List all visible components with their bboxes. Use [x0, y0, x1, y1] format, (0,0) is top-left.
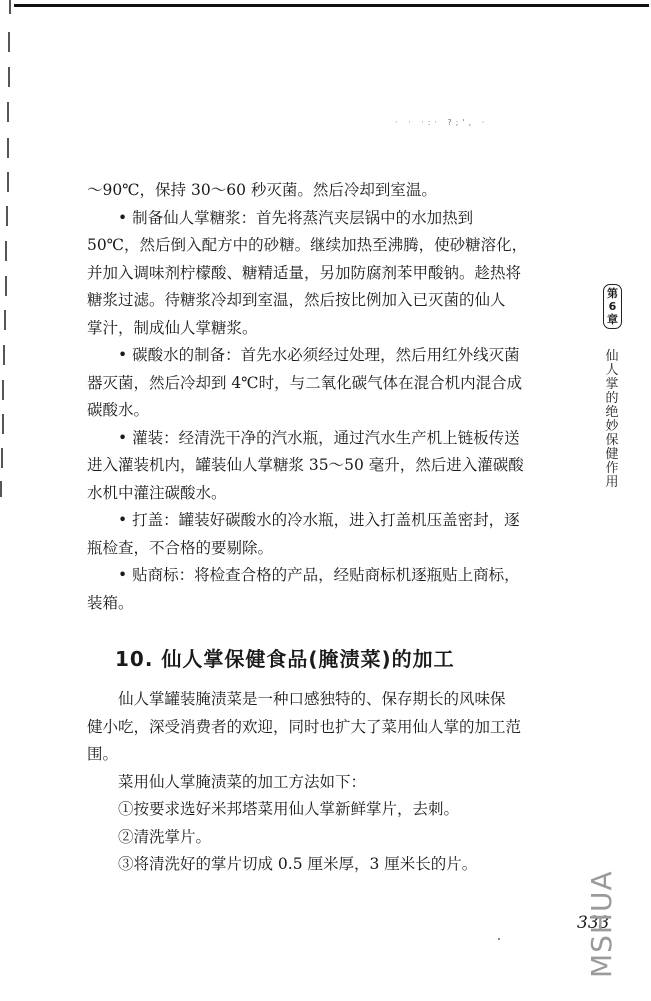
- text-line: 健小吃，深受消费者的欢迎，同时也扩大了菜用仙人掌的加工范: [87, 714, 565, 742]
- title-char: 保: [605, 434, 618, 448]
- binding-mark: [5, 276, 7, 296]
- binding-mark: [6, 206, 8, 226]
- text-line: 糖浆过滤。待糖浆冷却到室温，然后按比例加入已灭菌的仙人: [87, 287, 565, 315]
- chapter-char: 章: [607, 313, 618, 326]
- title-char: 用: [605, 476, 618, 490]
- binding-mark: [2, 380, 4, 400]
- binding-mark: [1, 448, 3, 468]
- text-line: 装箱。: [87, 590, 565, 618]
- text-line: 50℃，然后倒入配方中的砂糖。继续加热至沸腾，使砂糖溶化，: [87, 232, 565, 260]
- chapter-char: 第: [607, 287, 618, 300]
- bullet-line: • 灌装：经清洗干净的汽水瓶，通过汽水生产机上链板传送: [87, 425, 565, 453]
- title-char: 仙: [605, 350, 618, 364]
- title-char: 作: [605, 462, 618, 476]
- binding-mark: [2, 414, 4, 434]
- chapter-title-vertical: 仙 人 掌 的 绝 妙 保 健 作 用: [604, 350, 620, 490]
- step-line: ①按要求选好米邦塔菜用仙人掌新鲜掌片，去刺。: [87, 796, 565, 824]
- binding-mark: [3, 345, 5, 365]
- step-line: ②清洗掌片。: [87, 824, 565, 852]
- title-char: 妙: [605, 420, 618, 434]
- text-line: 仙人掌罐装腌渍菜是一种口感独特的、保存期长的风味保: [87, 686, 565, 714]
- body-text-bottom: 仙人掌罐装腌渍菜是一种口感独特的、保存期长的风味保 健小吃，深受消费者的欢迎，同…: [87, 686, 565, 879]
- header-rule: [14, 4, 649, 7]
- binding-mark: [8, 67, 10, 87]
- text-line: 碳酸水。: [87, 397, 565, 425]
- binding-mark: [4, 310, 6, 330]
- text-line: 菜用仙人掌腌渍菜的加工方法如下：: [87, 769, 565, 797]
- title-char: 健: [605, 448, 618, 462]
- chapter-tab: 第 6 章: [603, 284, 622, 329]
- text-line: 瓶检查，不合格的要剔除。: [87, 535, 565, 563]
- text-line: 掌汁，制成仙人掌糖浆。: [87, 315, 565, 343]
- binding-mark: [7, 172, 9, 192]
- binding-mark: [7, 102, 9, 122]
- scan-noise: [498, 938, 500, 940]
- binding-mark: [0, 481, 2, 497]
- scan-noise: · · ·:· ?;', ·: [395, 118, 488, 127]
- text-line: 并加入调味剂柠檬酸、糖精适量，另加防腐剂苯甲酸钠。趁热将: [87, 260, 565, 288]
- step-line: ③将清洗好的掌片切成 0.5 厘米厚，3 厘米长的片。: [87, 851, 565, 879]
- binding-mark: [5, 241, 7, 261]
- text-line: 水机中灌注碳酸水。: [87, 480, 565, 508]
- section-heading: 10. 仙人掌保健食品(腌渍菜)的加工: [115, 643, 455, 672]
- binding-mark: [9, 0, 11, 14]
- watermark: MSHUA: [585, 870, 618, 978]
- title-char: 的: [605, 392, 618, 406]
- title-char: 人: [605, 364, 618, 378]
- text-line: 进入灌装机内，罐装仙人掌糖浆 35～50 毫升，然后进入灌碳酸: [87, 452, 565, 480]
- text-line: 器灭菌，然后冷却到 4℃时，与二氧化碳气体在混合机内混合成: [87, 370, 565, 398]
- title-char: 绝: [605, 406, 618, 420]
- body-text-top: ～90℃，保持 30～60 秒灭菌。然后冷却到室温。 • 制备仙人掌糖浆：首先将…: [87, 177, 565, 617]
- bullet-line: • 制备仙人掌糖浆：首先将蒸汽夹层锅中的水加热到: [87, 205, 565, 233]
- binding-mark: [8, 32, 10, 52]
- text-line: 围。: [87, 741, 565, 769]
- text-line: ～90℃，保持 30～60 秒灭菌。然后冷却到室温。: [87, 177, 565, 205]
- chapter-number: 6: [609, 300, 617, 313]
- title-char: 掌: [605, 378, 618, 392]
- bullet-line: • 贴商标：将检查合格的产品，经贴商标机逐瓶贴上商标，: [87, 562, 565, 590]
- binding-mark: [7, 138, 9, 158]
- bullet-line: • 打盖：罐装好碳酸水的冷水瓶，进入打盖机压盖密封，逐: [87, 507, 565, 535]
- bullet-line: • 碳酸水的制备：首先水必须经过处理，然后用红外线灭菌: [87, 342, 565, 370]
